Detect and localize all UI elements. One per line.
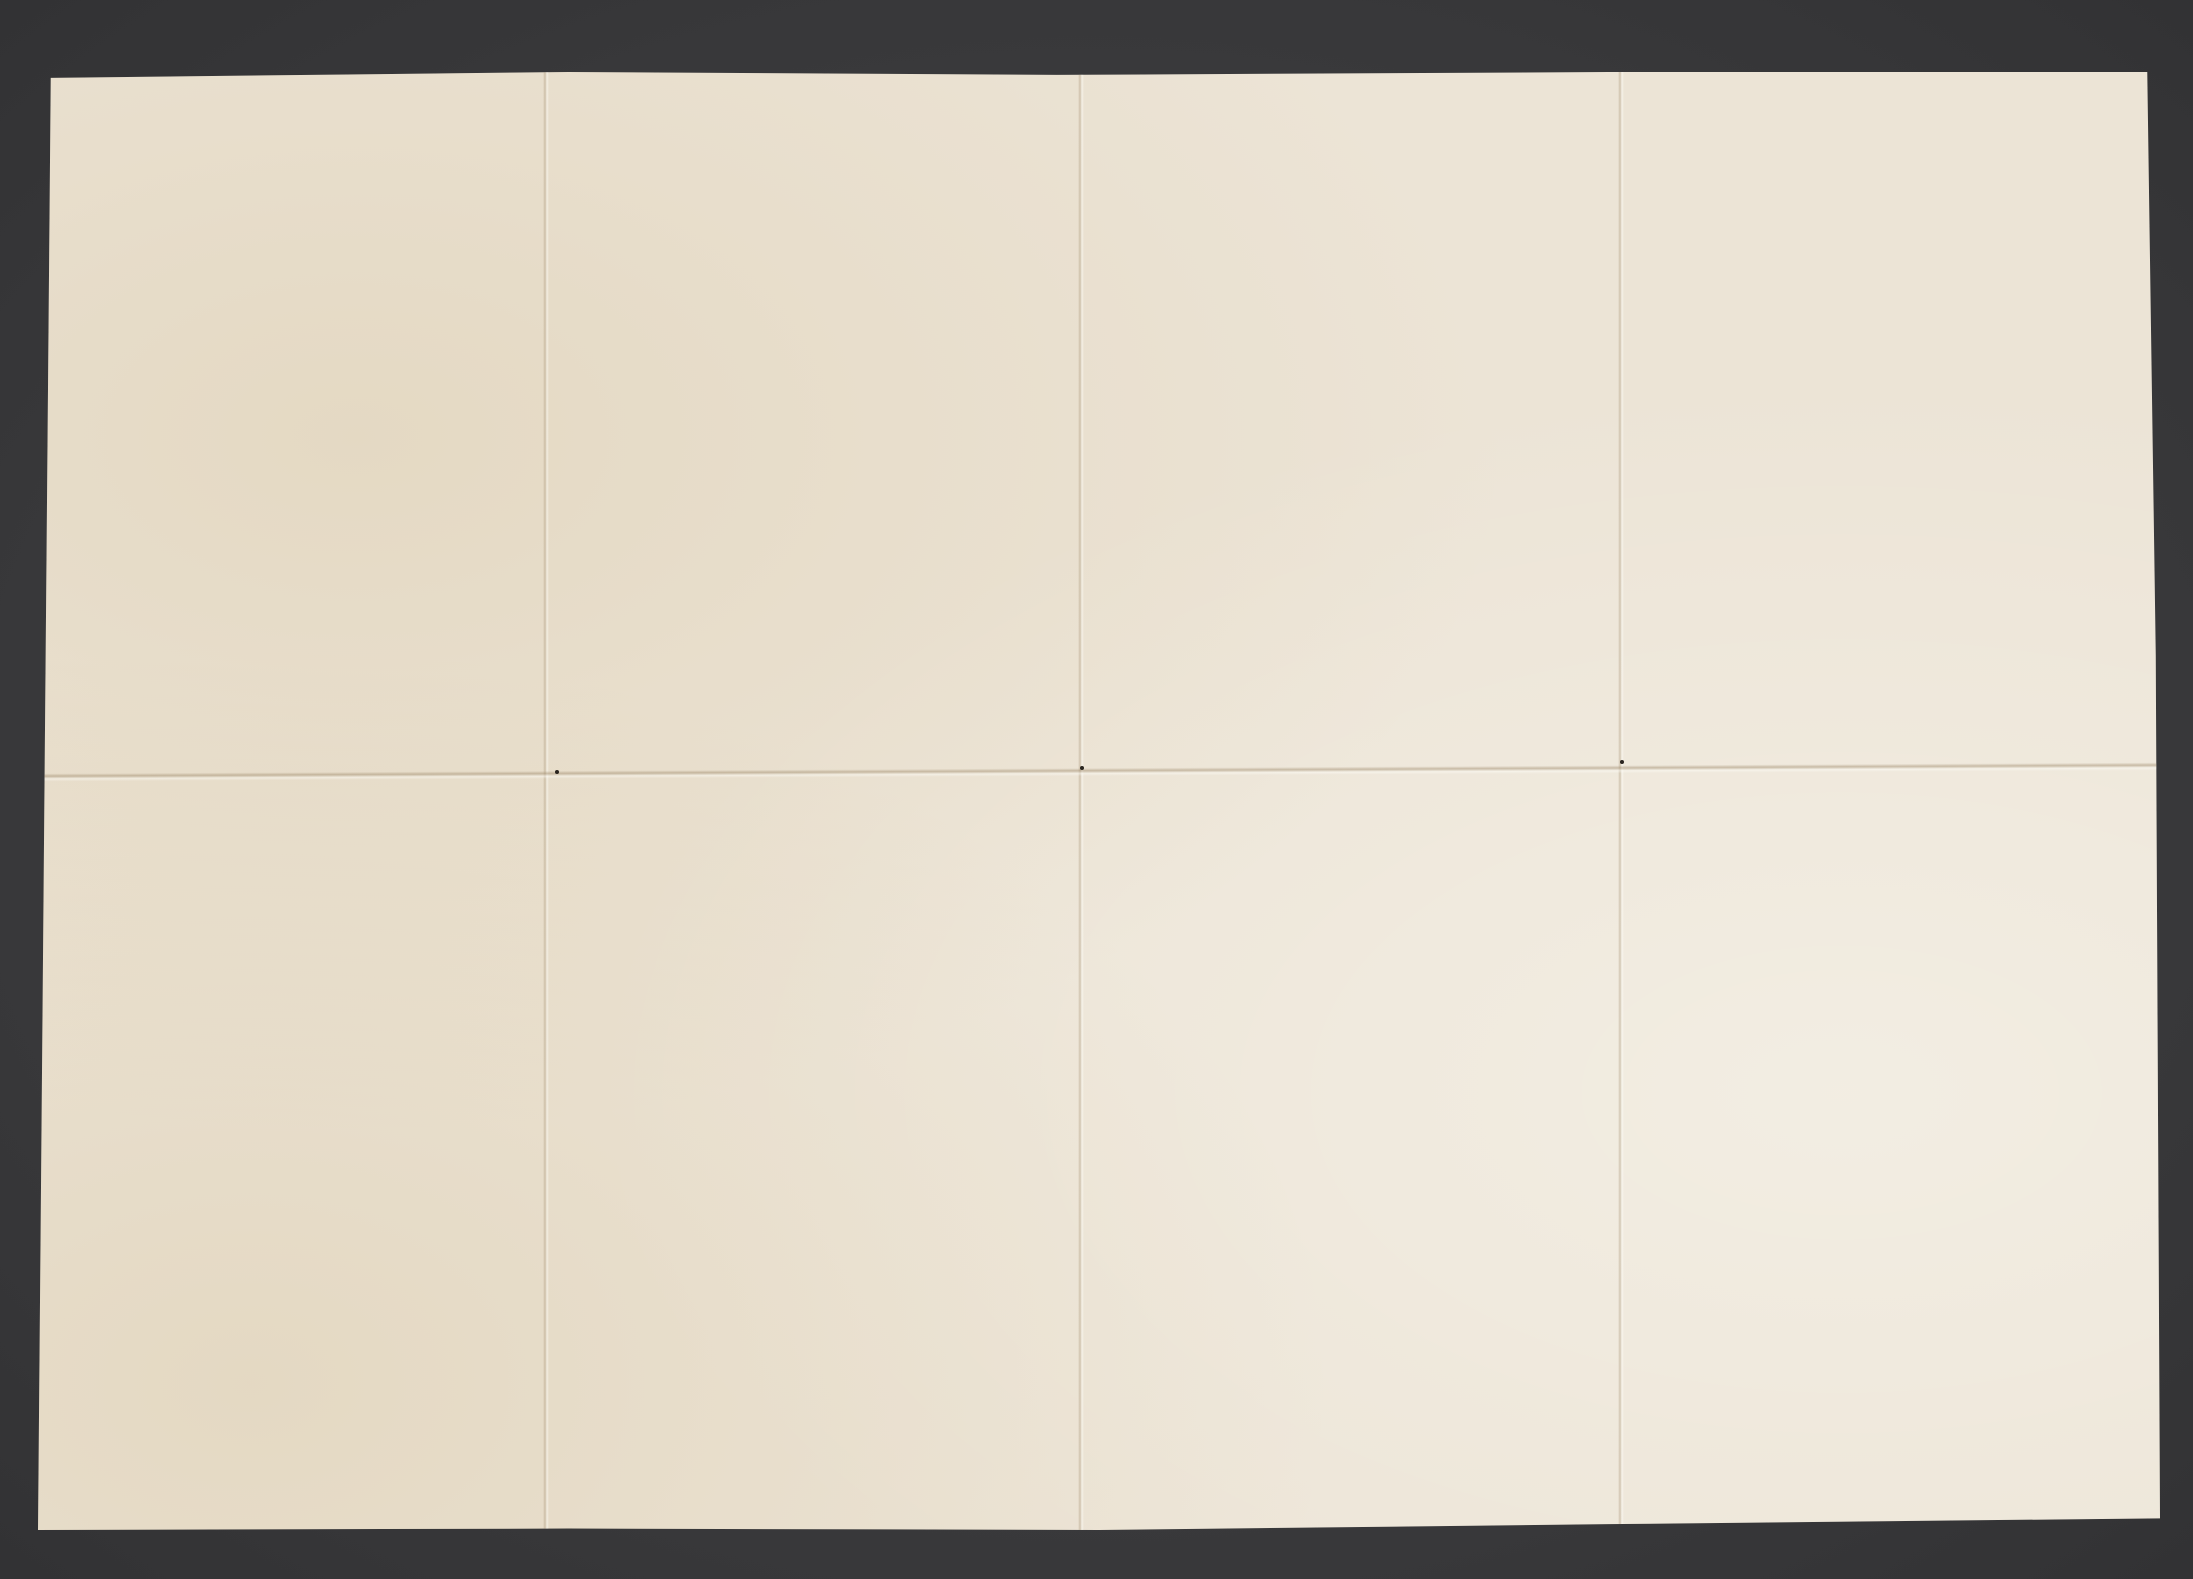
vertical-fold-3 [1618,72,1624,1530]
vertical-fold-2 [1078,72,1084,1530]
vertical-fold-1 [543,72,549,1530]
fold-intersection-mark-3 [1620,760,1624,764]
fold-intersection-mark-2 [1080,766,1084,770]
blank-paper-sheet [38,72,2160,1530]
fold-intersection-mark-1 [555,770,559,774]
horizontal-fold [38,762,2160,781]
